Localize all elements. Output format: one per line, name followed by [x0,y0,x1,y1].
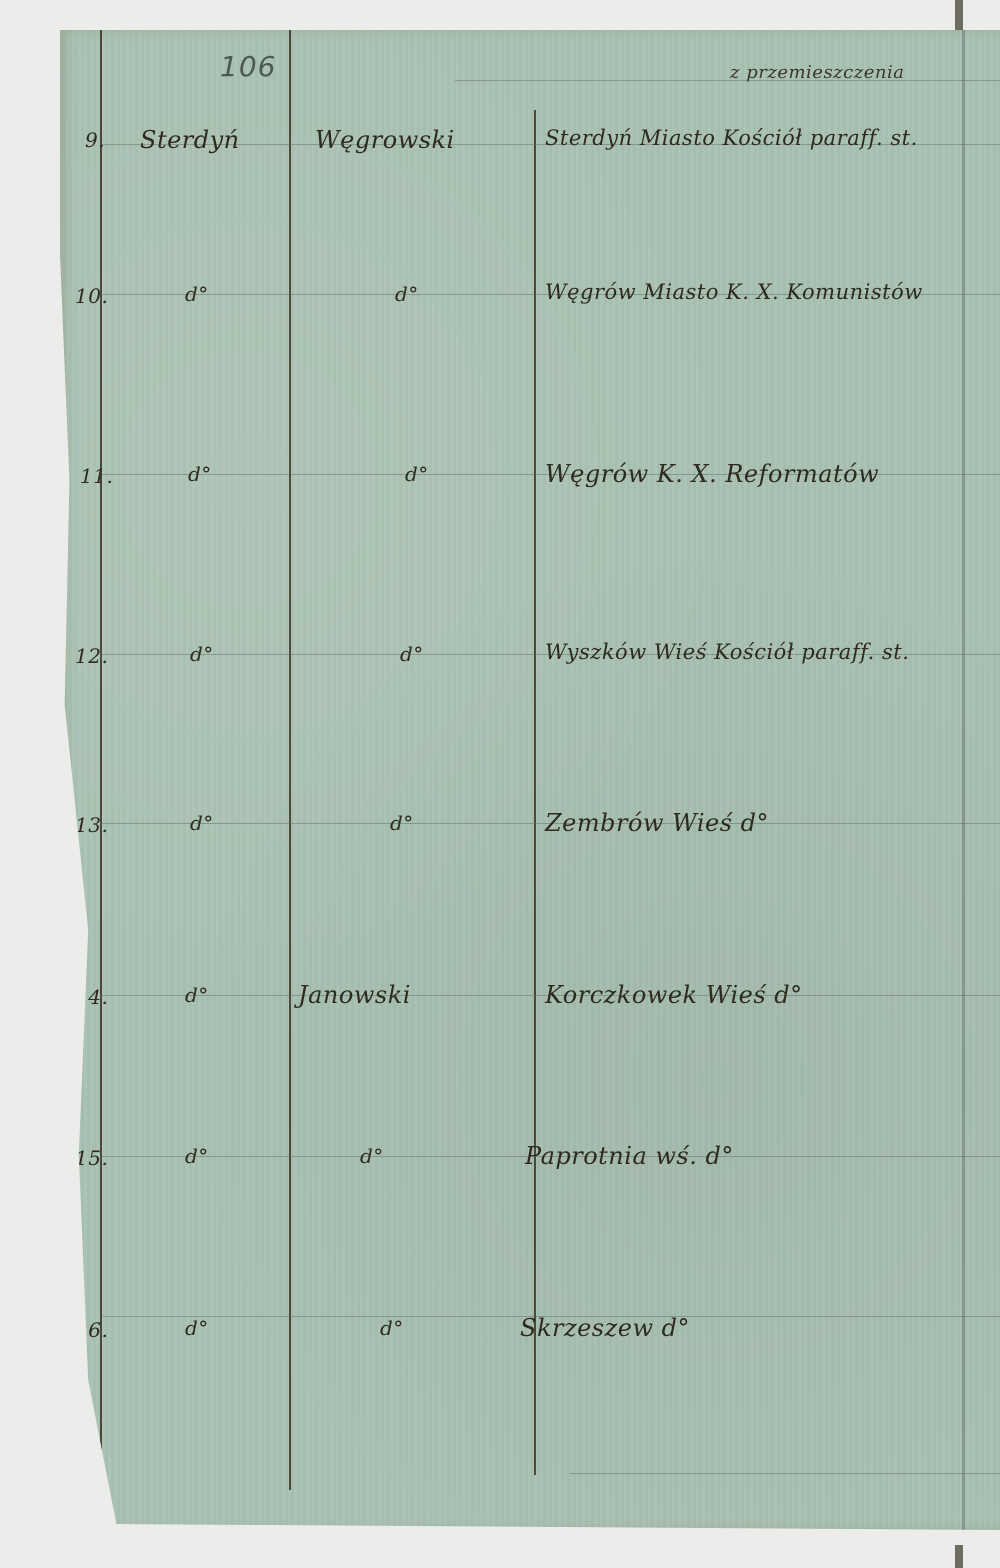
row-number: 14. [75,985,108,1009]
guide-rule [455,80,1000,81]
place-cell: Korczkowek Wieś d° [545,981,803,1009]
document-page: 106 z przemieszczenia 9. Sterdyń Węgrows… [60,30,1000,1530]
county-cell: d° [400,642,424,666]
column-divider-4 [962,30,965,1530]
place-cell: Węgrów K. X. Reformatów [545,460,879,488]
district-cell: d° [185,983,209,1007]
place-cell: Zembrów Wieś d° [545,809,769,837]
row-number: 13. [75,813,108,837]
county-cell: d° [360,1144,384,1168]
county-cell: d° [395,282,419,306]
place-cell: Paprotnia wś. d° [525,1142,734,1170]
district-cell: d° [185,1316,209,1340]
county-cell: Janowski [298,981,411,1009]
district-cell: d° [185,282,209,306]
row-number: 10. [75,284,108,308]
district-cell: d° [185,1144,209,1168]
district-cell: d° [190,642,214,666]
column-divider-1 [100,30,102,1480]
row-number: 9. [85,128,105,152]
place-cell: Wyszków Wieś Kościół paraff. st. [545,640,909,664]
county-cell: d° [405,462,429,486]
district-cell: Sterdyń [140,126,240,154]
county-cell: Węgrowski [315,126,455,154]
column-divider-3 [534,110,536,1475]
header-note: z przemieszczenia [730,62,904,83]
place-cell: Sterdyń Miasto Kościół paraff. st. [545,126,918,150]
place-cell: Węgrów Miasto K. X. Komunistów [545,280,923,304]
county-cell: d° [380,1316,404,1340]
guide-rule [570,1473,1000,1474]
row-number: 16. [75,1318,108,1342]
column-divider-2 [289,30,291,1490]
row-number: 12. [75,644,108,668]
binder-clip-bottom [955,1545,963,1568]
district-cell: d° [190,811,214,835]
district-cell: d° [188,462,212,486]
place-cell: Skrzeszew d° [520,1314,690,1342]
county-cell: d° [390,811,414,835]
row-number: 15. [75,1146,108,1170]
folio-number: 106 [220,50,276,83]
row-number: 11. [80,464,113,488]
